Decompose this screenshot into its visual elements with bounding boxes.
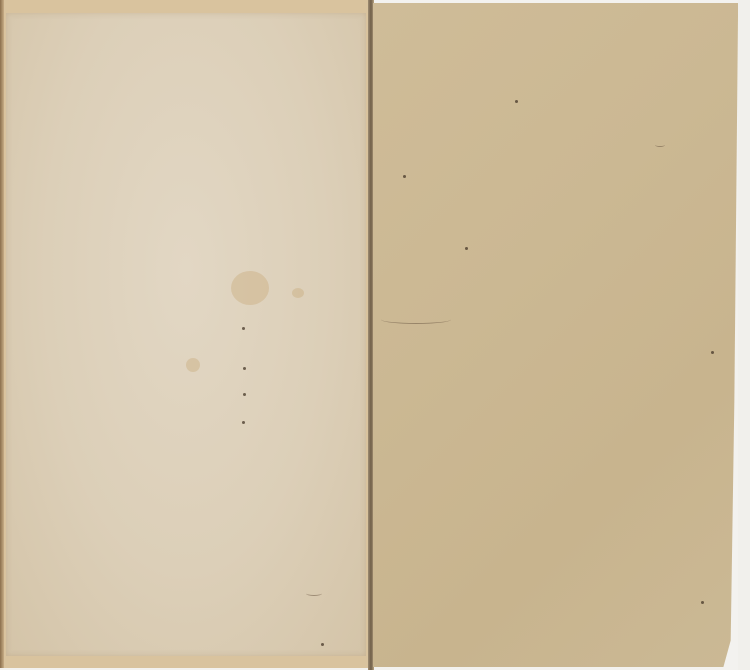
speck — [242, 421, 245, 424]
foxing-stain — [186, 358, 200, 372]
speck — [243, 393, 246, 396]
speck — [711, 351, 714, 354]
speck — [515, 100, 518, 103]
speck — [701, 601, 704, 604]
speck — [242, 327, 245, 330]
left-page-paper — [6, 13, 366, 656]
speck — [243, 367, 246, 370]
left-page — [0, 0, 372, 668]
speck — [321, 643, 324, 646]
paper-fiber — [655, 143, 665, 147]
speck — [403, 175, 406, 178]
paper-fiber — [381, 315, 451, 324]
paper-fiber — [306, 591, 322, 596]
foxing-stain — [292, 288, 304, 298]
book-scan — [0, 0, 750, 670]
scan-margin — [738, 0, 750, 670]
left-cover-edge — [0, 0, 4, 668]
speck — [465, 247, 468, 250]
foxing-stain — [231, 271, 269, 305]
right-page — [373, 3, 738, 667]
